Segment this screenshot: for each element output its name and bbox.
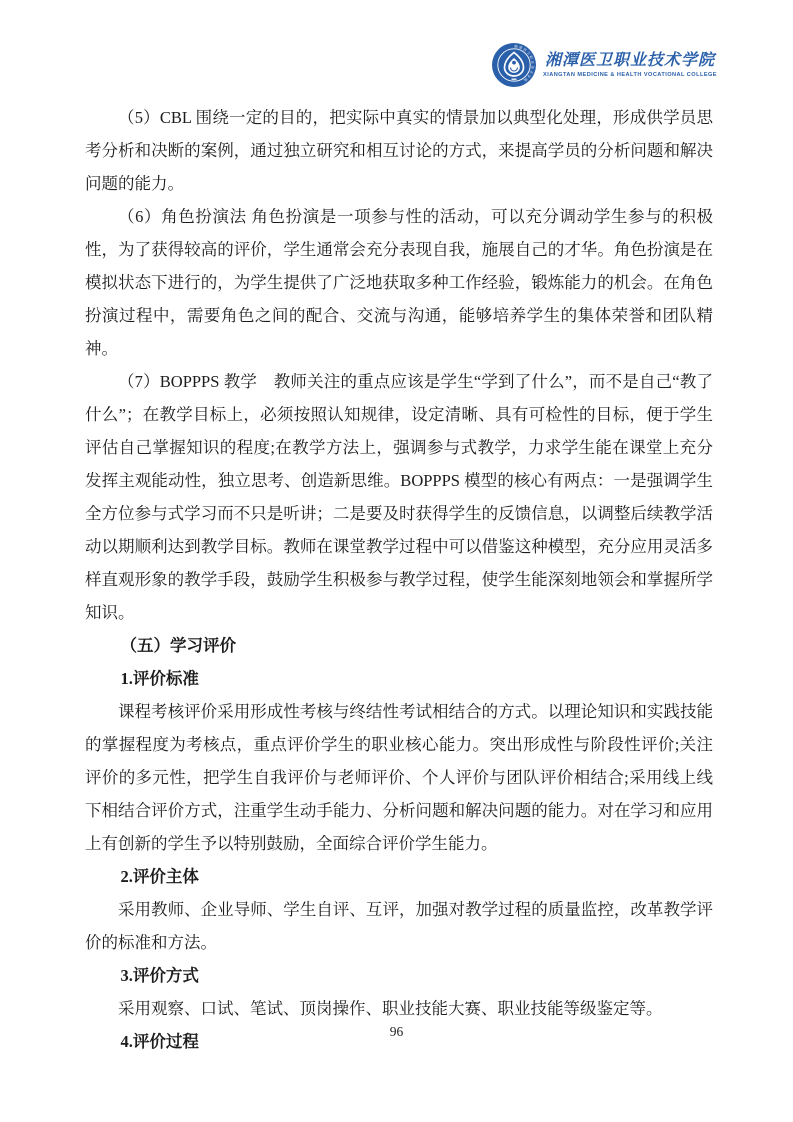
- paragraph-role-play: （6）角色扮演法 角色扮演是一项参与性的活动，可以充分调动学生参与的积极性，为了…: [85, 200, 713, 365]
- section-heading-learning-evaluation: （五）学习评价: [85, 629, 713, 662]
- college-header: 湘潭医卫职业技术学院 湘潭医卫职业技术学院 XIANGTAN MEDICINE …: [491, 42, 717, 88]
- paragraph-evaluation-standard: 课程考核评价采用形成性考核与终结性考试相结合的方式。以理论知识和实践技能的掌握程…: [85, 695, 713, 860]
- subsection-heading-evaluation-standard: 1.评价标准: [85, 662, 713, 695]
- paragraph-boppps: （7）BOPPPS 教学 教师关注的重点应该是学生“学到了什么”，而不是自己“教…: [85, 365, 713, 629]
- page-footer: 96: [0, 1024, 793, 1040]
- paragraph-evaluation-subject: 采用教师、企业导师、学生自评、互评，加强对教学过程的质量监控，改革教学评价的标准…: [85, 893, 713, 959]
- paragraph-cbl: （5）CBL 围绕一定的目的，把实际中真实的情景加以典型化处理，形成供学员思考分…: [85, 101, 713, 200]
- paragraph-evaluation-method: 采用观察、口试、笔试、顶岗操作、职业技能大赛、职业技能等级鉴定等。: [85, 992, 713, 1025]
- college-logo-text: 湘潭医卫职业技术学院 XIANGTAN MEDICINE & HEALTH VO…: [543, 51, 717, 79]
- page-number: 96: [390, 1024, 404, 1039]
- college-name-zh: 湘潭医卫职业技术学院: [545, 51, 715, 71]
- college-seal-icon: 湘潭医卫职业技术学院: [491, 42, 537, 88]
- college-name-en: XIANGTAN MEDICINE & HEALTH VOCATIONAL CO…: [543, 71, 717, 79]
- subsection-heading-evaluation-subject: 2.评价主体: [85, 860, 713, 893]
- subsection-heading-evaluation-method: 3.评价方式: [85, 959, 713, 992]
- document-page: 湘潭医卫职业技术学院 湘潭医卫职业技术学院 XIANGTAN MEDICINE …: [0, 0, 793, 1122]
- document-body: （5）CBL 围绕一定的目的，把实际中真实的情景加以典型化处理，形成供学员思考分…: [85, 101, 713, 1058]
